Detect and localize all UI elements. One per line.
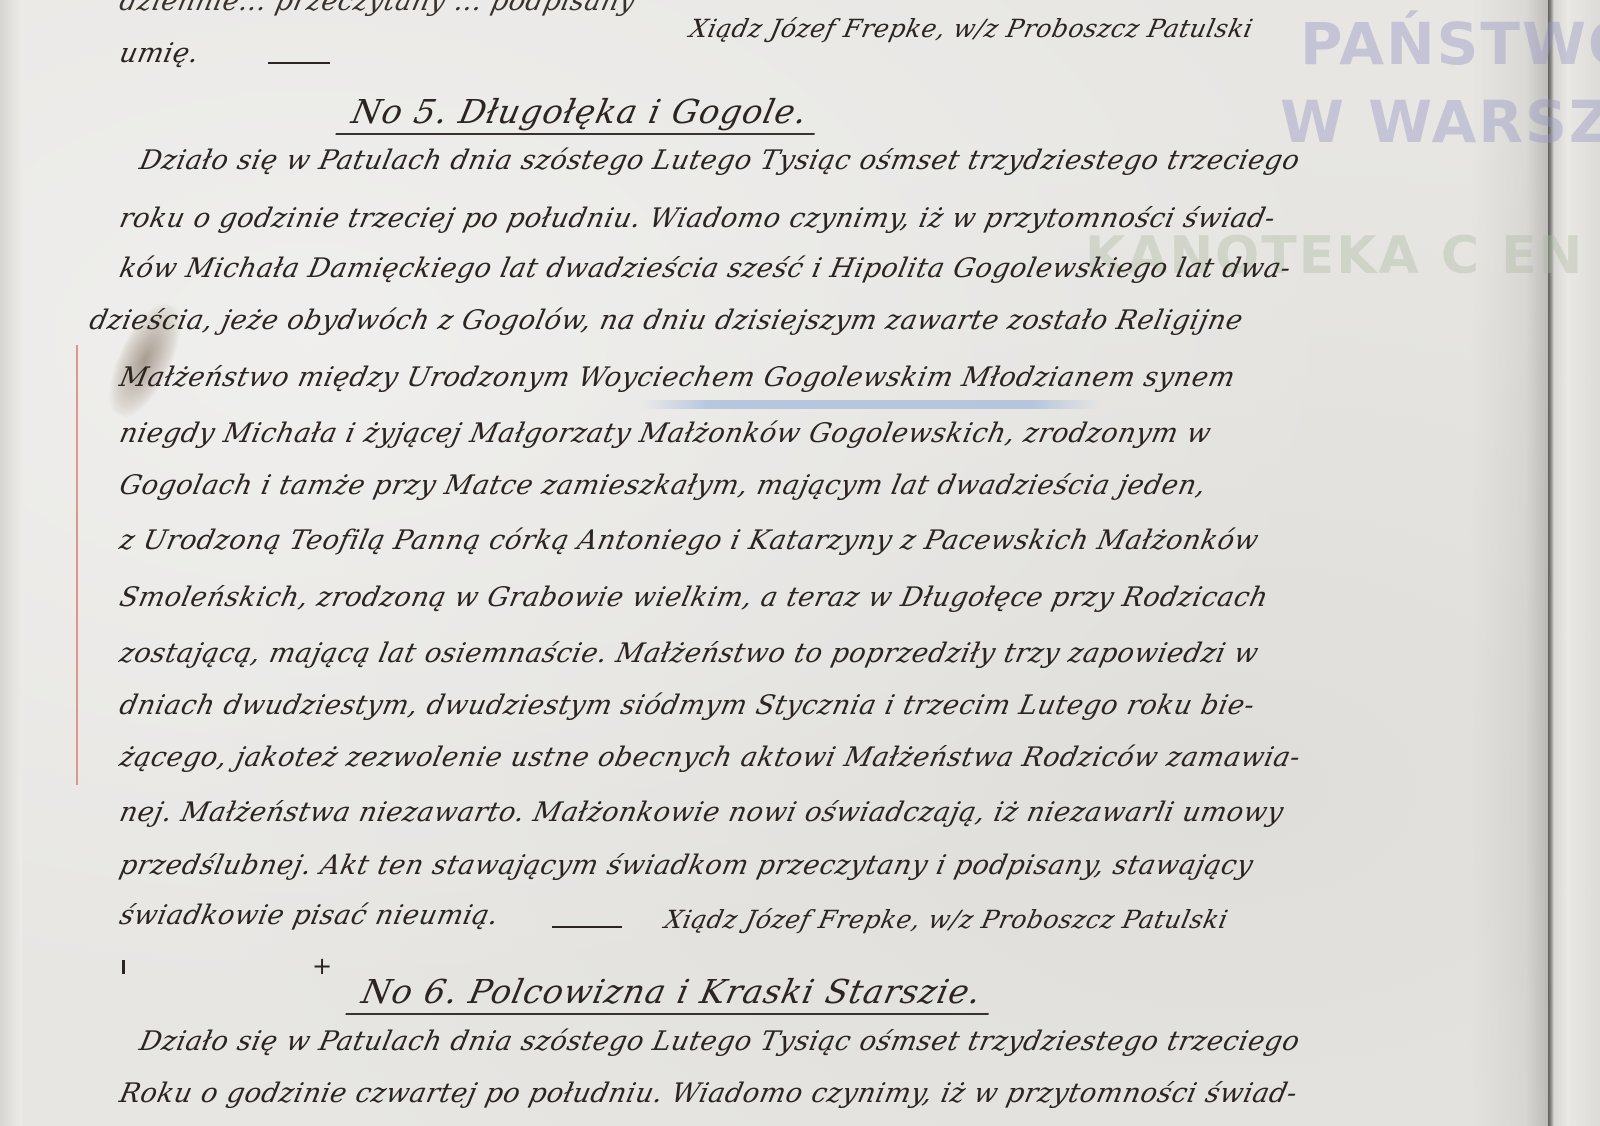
entry-5-line-3: ków Michała Damięckiego lat dwadzieścia … — [117, 253, 1294, 284]
entry-5-line-5: Małżeństwo między Urodzonym Woyciechem G… — [117, 362, 1238, 393]
entry-6-heading: No 6. Polcowizna i Kraski Starszie. — [345, 972, 997, 1015]
blue-pencil-mark — [640, 400, 1100, 409]
entry-5-line-15: świadkowie pisać nieumią. — [117, 900, 502, 931]
entry-5-line-1: Działo się w Patulach dnia szóstego Lute… — [137, 145, 1303, 176]
previous-entry-top-line: dziennie... przeczytany ... podpisany — [117, 0, 639, 17]
entry-5-line-14: przedślubnej. Akt ten stawającym świadko… — [117, 850, 1256, 881]
entry-5-line-11: dniach dwudziestym, dwudziestym siódmym … — [117, 690, 1258, 721]
entry-6-line-2: Roku o godzinie czwartej po południu. Wi… — [117, 1078, 1301, 1109]
page-left-edge — [0, 0, 22, 1126]
entry-5-line-12: żącego, jakoteż zezwolenie ustne obecnyc… — [117, 742, 1304, 773]
entry-5-title: Długołęka i Gogole. — [455, 92, 811, 131]
previous-entry-end: umię. — [117, 38, 202, 69]
entry-5-line-6: niegdy Michała i żyjącej Małgorzaty Małż… — [117, 418, 1214, 449]
end-dash — [268, 62, 330, 64]
margin-cross-mark: + — [312, 952, 332, 980]
gutter-shadow — [1470, 0, 1550, 1126]
entry-5-line-7: Gogolach i tamże przy Matce zamieszkałym… — [117, 470, 1209, 501]
entry-5-line-13: nej. Małżeństwa niezawarto. Małżonkowie … — [117, 797, 1287, 828]
entry-6-number: No 6. — [358, 972, 462, 1011]
entry-5-line-2: roku o godzinie trzeciej po południu. Wi… — [117, 203, 1279, 234]
entry-5-signature: Xiądz Józef Frepke, w/z Proboszcz Patuls… — [662, 905, 1231, 934]
entry-5-line-9: Smoleńskich, zrodzoną w Grabowie wielkim… — [117, 582, 1271, 613]
entry-6-line-1: Działo się w Patulach dnia szóstego Lute… — [137, 1026, 1303, 1057]
watermark-line-2: W WARSZ — [1280, 88, 1600, 156]
previous-entry-signature: Xiądz Józef Frepke, w/z Proboszcz Patuls… — [687, 14, 1256, 43]
margin-tick — [122, 960, 125, 974]
red-margin-line — [76, 345, 78, 785]
entry-5-line-4: dzieścia, jeże obydwóch z Gogolów, na dn… — [87, 305, 1246, 336]
entry-5-heading: No 5. Długołęka i Gogole. — [335, 92, 823, 135]
entry-5-number: No 5. — [348, 92, 452, 131]
entry-5-line-10: zostającą, mającą lat osiemnaście. Małże… — [117, 638, 1262, 669]
watermark-line-1: PAŃSTWO — [1300, 10, 1600, 78]
book-spine-edge — [1548, 0, 1600, 1126]
entry-5-line-8: z Urodzoną Teofilą Panną córką Antoniego… — [117, 525, 1262, 556]
entry-6-title: Polcowizna i Kraski Starszie. — [465, 972, 985, 1011]
end-dash — [552, 926, 622, 928]
